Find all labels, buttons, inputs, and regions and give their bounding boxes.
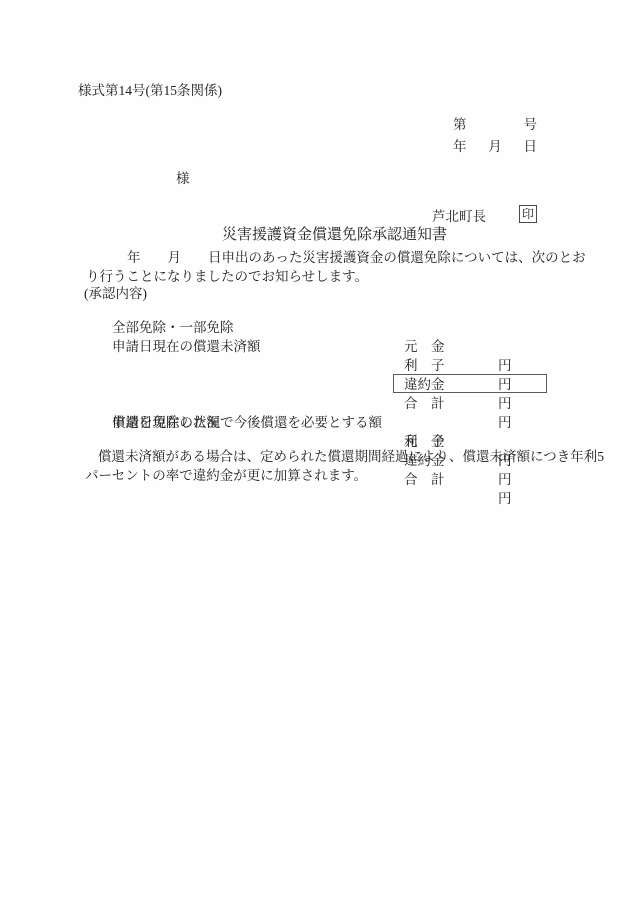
amount-row: 申請日現在の償還未済額 利 子 円	[0, 318, 630, 337]
penalty-note-line2: パーセントの率で違約金が更に加算されます。	[85, 467, 367, 484]
amount-row: 申請日現在の状況で今後償還を必要とする額 利 子 円	[0, 394, 630, 413]
penalty-note-line1: 償還未済額がある場合は、定められた償還期間経過により、償還未済額につき年利5	[98, 448, 604, 465]
document-title: 災害援護資金償還免除承認通知書	[222, 226, 447, 244]
doc-no-suffix: 号	[524, 116, 538, 133]
yen-unit-label: 円	[498, 470, 512, 489]
seal-stamp-box: 印	[519, 205, 537, 223]
addressee-honorific: 様	[176, 170, 190, 187]
sender-title: 芦北町長	[432, 208, 486, 225]
date-day-label: 日	[524, 138, 538, 155]
amount-row-boxed: 償還を免除した額 元 金 円	[0, 375, 630, 394]
date-month-label: 月	[488, 138, 502, 155]
document-page: 様式第14号(第15条関係) 第 号 年 月 日 様 芦北町長 印 災害援護資金…	[0, 0, 630, 903]
amount-row: 違約金 円	[0, 413, 630, 432]
amount-type-label: 合 計	[404, 470, 445, 489]
body-paragraph-line1: 年 月 日申出のあった災害援護資金の償還免除については、次のとお	[127, 249, 586, 266]
amount-row: 合 計 円	[0, 356, 630, 375]
seal-label: 印	[522, 208, 534, 220]
amount-row: 全部免除・一部免除 元 金 円	[0, 299, 630, 318]
date-line: 年 月 日	[453, 138, 537, 155]
amount-row: 違約金 円	[0, 337, 630, 356]
body-paragraph-line2: り行うことになりましたのでお知らせします。	[86, 268, 368, 285]
form-number: 様式第14号(第15条関係)	[78, 82, 222, 99]
exempted-amount-box	[393, 374, 547, 393]
doc-no-prefix: 第	[453, 116, 467, 133]
yen-unit-label: 円	[498, 489, 512, 508]
date-year-label: 年	[453, 138, 467, 155]
document-number-line: 第 号	[453, 116, 537, 133]
